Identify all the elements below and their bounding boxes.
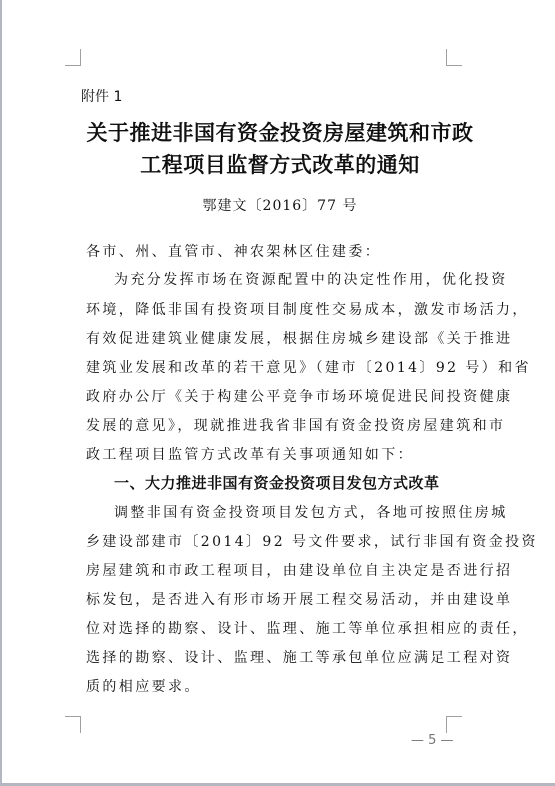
salutation: 各市、州、直管市、神农架林区住建委： — [86, 241, 381, 261]
body-line: 为充分发挥市场在资源配置中的决定性作用，优化投资 — [114, 269, 508, 289]
window-left-border — [0, 0, 2, 786]
section-line: 房屋建筑和市政工程项目，由建设单位自主决定是否进行招 — [86, 560, 512, 580]
margin-corner-bottom-right — [446, 716, 462, 733]
margin-corner-top-left — [65, 49, 81, 66]
body-line: 建筑业发展和改革的若干意见》（建市〔2014〕92 号）和省 — [86, 357, 531, 377]
body-line: 环境，降低非国有投资项目制度性交易成本，激发市场活力， — [86, 299, 529, 319]
margin-corner-bottom-left — [65, 716, 81, 733]
attachment-label: 附件 1 — [81, 86, 122, 106]
document-title-line-1: 关于推进非国有资金投资房屋建筑和市政 — [60, 117, 500, 147]
document-number: 鄂建文〔2016〕77 号 — [60, 195, 500, 215]
section-heading: 一、大力推进非国有资金投资项目发包方式改革 — [114, 472, 440, 493]
body-line: 政府办公厅《关于构建公平竞争市场环境促进民间投资健康 — [86, 386, 512, 406]
page-number: — 5 — — [411, 733, 454, 748]
section-line: 选择的勘察、设计、监理、施工等承包单位应满足工程对资 — [86, 647, 512, 667]
section-line: 质的相应要求。 — [86, 676, 201, 696]
body-line: 政工程项目监管方式改革有关事项通知如下： — [86, 444, 414, 464]
section-line: 乡建设部建市〔2014〕92 号文件要求，试行非国有资金投资 — [86, 531, 538, 551]
margin-corner-top-right — [446, 49, 462, 66]
document-title-line-2: 工程项目监督方式改革的通知 — [60, 149, 500, 179]
body-line: 有效促进建筑业健康发展，根据住房城乡建设部《关于推进 — [86, 328, 512, 348]
section-line: 调整非国有资金投资项目发包方式，各地可按照住房城 — [114, 502, 508, 522]
body-line: 发展的意见》，现就推进我省非国有资金投资房屋建筑和市 — [86, 415, 505, 435]
section-line: 位对选择的勘察、设计、监理、施工等单位承担相应的责任， — [86, 618, 529, 638]
section-line: 标发包，是否进入有形市场开展工程交易活动，并由建设单 — [86, 589, 512, 609]
